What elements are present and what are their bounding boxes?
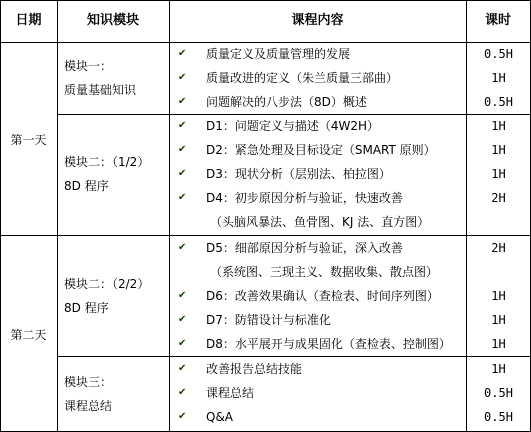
module-divider-2 <box>57 356 531 357</box>
hours-7: 2H <box>467 191 530 205</box>
check-icon <box>178 71 186 85</box>
check-icon <box>178 337 186 351</box>
hours-13: 0.5H <box>467 386 530 400</box>
course-item-10: D7：防错设计与标准化 <box>206 313 331 327</box>
course-item-2: 质量改进的定义（朱兰质量三部曲） <box>206 71 398 85</box>
check-icon <box>178 313 186 327</box>
col-divider-2 <box>169 0 170 432</box>
check-icon <box>178 95 186 109</box>
day-divider <box>0 235 531 236</box>
hours-1: 0.5H <box>467 47 530 61</box>
module-3-subtitle: 课程总结 <box>64 394 112 418</box>
course-item-7: D4：初步原因分析与验证，快速改善 <box>206 191 403 205</box>
day-2-label: 第二天 <box>0 326 57 343</box>
course-item-6: D3：现状分析（层别法、柏拉图） <box>206 167 391 181</box>
check-icon <box>178 191 186 205</box>
course-item-7-sub: （头脑风暴法、鱼骨图、KJ 法、直方图） <box>210 215 429 229</box>
border-left <box>0 0 1 432</box>
course-item-12: 改善报告总结技能 <box>206 362 302 376</box>
course-item-9: D6：改善效果确认（查检表、时间序列图） <box>206 289 439 303</box>
module-2b: 模块二：（2/2） 8D 程序 <box>64 272 149 320</box>
module-3-title: 模块三： <box>64 370 112 394</box>
module-1-title: 模块一： <box>64 54 136 78</box>
hours-6: 1H <box>467 167 530 181</box>
hours-4: 1H <box>467 119 530 133</box>
course-schedule-table: 日期 知识模块 课程内容 课时 第一天 第二天 模块一： 质量基础知识 模块二：… <box>0 0 531 432</box>
check-icon <box>178 241 186 255</box>
hours-3: 0.5H <box>467 95 530 109</box>
header-content: 课程内容 <box>169 14 466 28</box>
hours-8: 2H <box>467 241 530 255</box>
module-1-subtitle: 质量基础知识 <box>64 78 136 102</box>
header-module: 知识模块 <box>57 14 169 28</box>
course-item-8-sub: （系统图、三现主义、数据收集、散点图） <box>210 265 438 279</box>
hours-5: 1H <box>467 143 530 157</box>
header-divider <box>0 42 531 43</box>
check-icon <box>178 119 186 133</box>
day-1-label: 第一天 <box>0 131 57 148</box>
course-item-3: 问题解决的八步法（8D）概述 <box>206 95 367 109</box>
check-icon <box>178 289 186 303</box>
module-3: 模块三： 课程总结 <box>64 370 112 418</box>
hours-12: 1H <box>467 362 530 376</box>
module-2a-title: 模块二：（1/2） <box>64 150 149 174</box>
module-2a: 模块二：（1/2） 8D 程序 <box>64 150 149 198</box>
course-item-13: 课程总结 <box>206 386 254 400</box>
course-item-11: D8：水平展开与成果固化（查检表、控制图） <box>206 337 451 351</box>
module-1: 模块一： 质量基础知识 <box>64 54 136 102</box>
check-icon <box>178 410 186 424</box>
course-item-5: D2：紧急处理及目标设定（SMART 原则） <box>206 143 436 157</box>
check-icon <box>178 143 186 157</box>
hours-11: 1H <box>467 337 530 351</box>
hours-10: 1H <box>467 313 530 327</box>
check-icon <box>178 386 186 400</box>
course-item-14: Q&A <box>206 410 233 424</box>
check-icon <box>178 47 186 61</box>
module-2b-title: 模块二：（2/2） <box>64 272 149 296</box>
hours-14: 0.5H <box>467 410 530 424</box>
check-icon <box>178 362 186 376</box>
course-item-4: D1：问题定义与描述（4W2H） <box>206 119 379 133</box>
course-item-1: 质量定义及质量管理的发展 <box>206 47 350 61</box>
header-date: 日期 <box>0 14 57 28</box>
course-item-8: D5：细部原因分析与验证，深入改善 <box>206 241 403 255</box>
module-2a-subtitle: 8D 程序 <box>64 174 149 198</box>
col-divider-1 <box>57 0 58 432</box>
border-top <box>0 0 531 1</box>
hours-2: 1H <box>467 71 530 85</box>
header-hours: 课时 <box>466 14 530 28</box>
module-2b-subtitle: 8D 程序 <box>64 296 149 320</box>
module-divider-1 <box>57 114 531 115</box>
check-icon <box>178 167 186 181</box>
hours-9: 1H <box>467 289 530 303</box>
